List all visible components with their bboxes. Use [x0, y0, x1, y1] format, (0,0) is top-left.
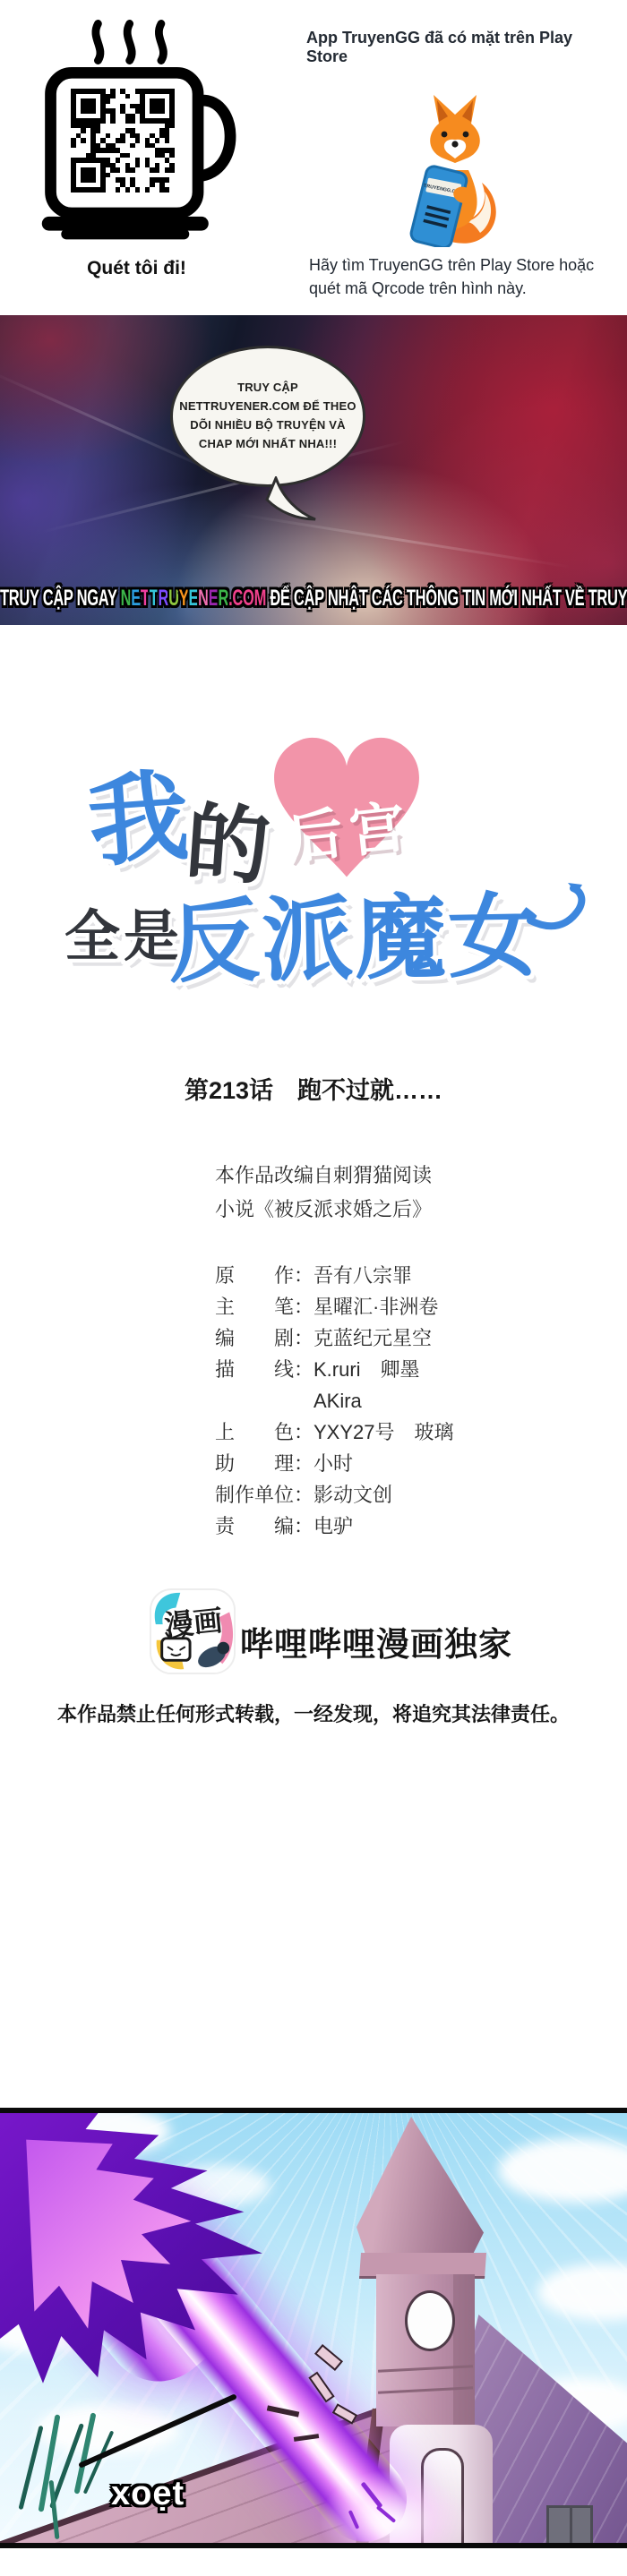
title-char-wo: 我: [83, 736, 193, 886]
caption-suffix: ĐỂ CẬP NHẬT CÁC THÔNG TIN MỚI NHẤT VỀ TR…: [266, 586, 627, 611]
speech-bubble: TRUY CẬP NETTRUYENER.COM ĐỂ THEO DÕI NHI…: [170, 346, 365, 487]
title-chars-fanpaimonv: 反派魔女: [167, 863, 542, 1000]
credit-studio: 制作单位：影动文创: [215, 1480, 591, 1508]
saucer: [42, 217, 209, 231]
title-chars-quanshi: 全是: [64, 892, 183, 971]
speech-bubble-text: TRUY CẬP NETTRUYENER.COM ĐỂ THEO DÕI NHI…: [179, 379, 356, 453]
app-promo-title: App TruyenGG đã có mặt trên Play Store: [306, 29, 602, 66]
saucer-base: [61, 229, 189, 240]
credit-screenwriter: 编 剧：克蓝纪元星空: [215, 1323, 591, 1351]
copyright-disclaimer: 本作品禁止任何形式转载，一经发现，将追究其法律责任。: [0, 1699, 627, 1727]
chapter-title: 第213话 跑不过就……: [0, 1071, 627, 1106]
scan-me-label: Quét tôi đi!: [27, 258, 246, 279]
app-promo-hint-line1: Hãy tìm TruyenGG trên Play Store hoặc: [309, 253, 600, 277]
logo-manhua-text: 漫画: [163, 1605, 224, 1643]
sfx-text: xoẹt: [111, 2475, 185, 2513]
logo-tv-face: [162, 1633, 190, 1660]
banner-caption: TRUY CẬP NGAY NETTRUYENER.COM ĐỂ CẬP NHẬ…: [0, 586, 627, 612]
credit-coloring: 上 色：YXY27号 玻璃: [215, 1417, 591, 1445]
credit-editor: 责 编：电驴: [215, 1511, 591, 1539]
building-window: [546, 2505, 593, 2548]
credit-assistant: 助 理：小时: [215, 1449, 591, 1476]
bubble-line: TRUY CẬP: [179, 379, 356, 398]
adaptation-note: 本作品改编自刺猬猫阅读 小说《被反派求婚之后》: [215, 1159, 432, 1227]
logo-ink-dot: [217, 1642, 229, 1655]
qr-code: [71, 89, 175, 193]
bubble-line: CHAP MỚI NHẤT NHA!!!: [179, 435, 356, 454]
app-promo-hint: Hãy tìm TruyenGG trên Play Store hoặc qu…: [309, 253, 600, 300]
site-name-rainbow: NETTRUYENER: [121, 586, 229, 611]
credit-lead-artist: 主 笔：星曜汇·非洲卷: [215, 1292, 591, 1320]
tower-shade: [453, 2274, 475, 2426]
caption-prefix: TRUY CẬP NGAY: [0, 586, 121, 611]
title-heart-word: 后宫: [265, 780, 434, 876]
devil-tail-icon: [527, 881, 589, 938]
fox-eye-right: [463, 132, 469, 138]
bubble-line: DÕI NHIỀU BỘ TRUYỆN VÀ: [179, 416, 356, 435]
adaptation-line2: 小说《被反派求婚之后》: [215, 1193, 432, 1227]
speech-bubble-tail: [265, 476, 321, 528]
caption-domain: .COM: [228, 586, 266, 611]
fox-eye-left: [442, 132, 448, 138]
bilibili-manga-logo: 漫画: [149, 1587, 236, 1676]
bubble-line: NETTRUYENER.COM ĐỂ THEO: [179, 398, 356, 416]
steam-icon: [96, 23, 164, 60]
fox-mascot-icon: TRUYENGG.COM: [401, 88, 509, 247]
comic-panel: xoẹt: [0, 2108, 627, 2548]
credit-lineart-2: AKira: [215, 1386, 591, 1414]
exclusive-label: 哔哩哔哩漫画独家: [240, 1617, 512, 1665]
fox-nose: [451, 141, 458, 147]
credit-original-author: 原 作：吾有八宗罪: [215, 1261, 591, 1288]
adaptation-line1: 本作品改编自刺猬猫阅读: [215, 1159, 432, 1193]
comic-reader-page: Quét tôi đi! App TruyenGG đã có mặt trên…: [0, 0, 627, 2576]
app-promo-hint-line2: quét mã Qrcode trên hình này.: [309, 277, 600, 300]
tower-oval-window: [405, 2290, 455, 2351]
credit-lineart: 描 线：K.ruri 卿墨: [215, 1355, 591, 1382]
